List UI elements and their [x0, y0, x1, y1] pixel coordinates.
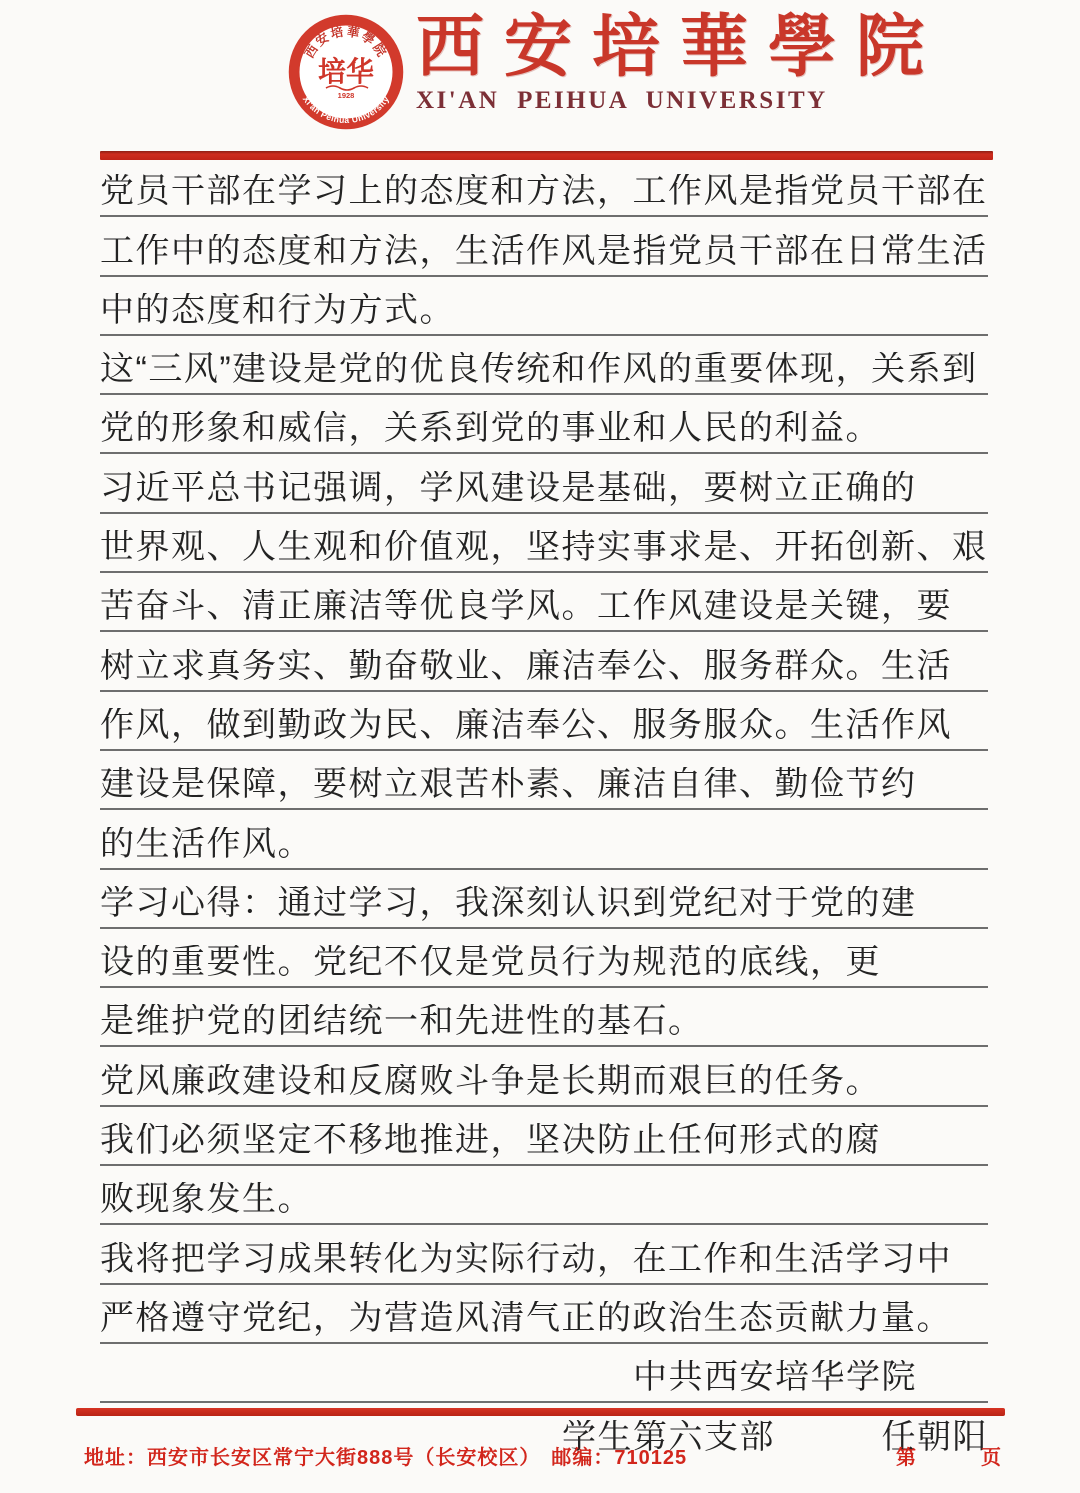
- university-title-english: XI'AN PEIHUA UNIVERSITY: [416, 87, 828, 115]
- handwritten-line: 设的重要性。党纪不仅是党员行为规范的底线，更: [100, 929, 988, 988]
- handwritten-line: 党的形象和威信，关系到党的事业和人民的利益。: [100, 395, 988, 454]
- handwritten-line: 我们必须坚定不移地推进，坚决防止任何形式的腐: [100, 1107, 988, 1166]
- svg-text:培华: 培华: [318, 55, 374, 88]
- handwritten-line: 党风廉政建设和反腐败斗争是长期而艰巨的任务。: [100, 1047, 988, 1106]
- footer-page-number: 第 页: [896, 1441, 1002, 1470]
- handwritten-text: 这“三风”建设是党的优良传统和作风的重要体现，关系到: [100, 352, 988, 393]
- handwritten-line: 学习心得：通过学习，我深刻认识到党纪对于党的建: [100, 870, 988, 929]
- university-titles: 西安培華學院 XI'AN PEIHUA UNIVERSITY: [416, 12, 944, 115]
- university-title-chinese: 西安培華學院: [416, 12, 944, 83]
- handwritten-text: 学习心得：通过学习，我深刻认识到党纪对于党的建: [100, 886, 988, 927]
- letterhead-header: 西安培華學院 Xi'an Peihua University 培华 1928 西…: [286, 12, 1020, 142]
- handwritten-text: 工作中的态度和方法，生活作风是指党员干部在日常生活: [100, 234, 988, 275]
- handwritten-text: 苦奋斗、清正廉洁等优良学风。工作风建设是关键，要: [100, 589, 988, 630]
- letterhead-page: 西安培華學院 Xi'an Peihua University 培华 1928 西…: [0, 0, 1080, 1493]
- handwritten-line: 工作中的态度和方法，生活作风是指党员干部在日常生活: [100, 217, 988, 276]
- handwritten-line: 严格遵守党纪，为营造风清气正的政治生态贡献力量。: [100, 1285, 988, 1344]
- handwritten-line: 习近平总书记强调，学风建设是基础，要树立正确的: [100, 454, 988, 513]
- handwritten-line: 我将把学习成果转化为实际行动，在工作和生活学习中: [100, 1225, 988, 1284]
- handwritten-line: 的生活作风。: [100, 810, 988, 869]
- handwritten-line: 作风，做到勤政为民、廉洁奉公、服务服众。生活作风: [100, 692, 988, 751]
- handwritten-line: 苦奋斗、清正廉洁等优良学风。工作风建设是关键，要: [100, 573, 988, 632]
- university-seal-icon: 西安培華學院 Xi'an Peihua University 培华 1928: [286, 12, 406, 132]
- handwritten-line: 是维护党的团结统一和先进性的基石。: [100, 988, 988, 1047]
- handwritten-line: 中的态度和行为方式。: [100, 277, 988, 336]
- handwritten-text: 习近平总书记强调，学风建设是基础，要树立正确的: [100, 471, 988, 512]
- handwritten-text: 树立求真务实、勤奋敬业、廉洁奉公、服务群众。生活: [100, 649, 988, 690]
- page-number-suffix: 页: [981, 1441, 1002, 1470]
- svg-text:1928: 1928: [338, 91, 355, 100]
- handwritten-text: 中的态度和行为方式。: [100, 293, 988, 334]
- handwritten-line: 世界观、人生观和价值观，坚持实事求是、开拓创新、艰: [100, 514, 988, 573]
- handwritten-text: 我们必须坚定不移地推进，坚决防止任何形式的腐: [100, 1123, 988, 1164]
- handwritten-text: 严格遵守党纪，为营造风清气正的政治生态贡献力量。: [100, 1301, 988, 1342]
- handwritten-line: 中共西安培华学院: [100, 1344, 988, 1403]
- handwritten-line: 败现象发生。: [100, 1166, 988, 1225]
- footer-address: 地址：西安市长安区常宁大街888号（长安校区） 邮编：710125: [84, 1441, 687, 1470]
- handwritten-text: 是维护党的团结统一和先进性的基石。: [100, 1004, 988, 1045]
- handwritten-text: 作风，做到勤政为民、廉洁奉公、服务服众。生活作风: [100, 708, 988, 749]
- page-footer: 地址：西安市长安区常宁大街888号（长安校区） 邮编：710125 第 页: [84, 1441, 1002, 1470]
- footer-divider-line: [76, 1408, 1005, 1416]
- handwritten-text: 败现象发生。: [100, 1182, 988, 1223]
- handwritten-text: 世界观、人生观和价值观，坚持实事求是、开拓创新、艰: [100, 530, 988, 571]
- handwritten-line: 树立求真务实、勤奋敬业、廉洁奉公、服务群众。生活: [100, 632, 988, 691]
- handwritten-line: 建设是保障，要树立艰苦朴素、廉洁自律、勤俭节约: [100, 751, 988, 810]
- handwritten-text: 党的形象和威信，关系到党的事业和人民的利益。: [100, 411, 988, 452]
- handwritten-text: 中共西安培华学院: [100, 1360, 988, 1401]
- handwritten-text: 党风廉政建设和反腐败斗争是长期而艰巨的任务。: [100, 1064, 988, 1105]
- handwritten-text: 的生活作风。: [100, 827, 988, 868]
- handwritten-text: 党员干部在学习上的态度和方法，工作风是指党员干部在: [100, 174, 988, 215]
- handwritten-text: 设的重要性。党纪不仅是党员行为规范的底线，更: [100, 945, 988, 986]
- page-number-prefix: 第: [896, 1441, 917, 1470]
- handwritten-body: 党员干部在学习上的态度和方法，工作风是指党员干部在工作中的态度和方法，生活作风是…: [100, 158, 988, 1461]
- handwritten-text: 建设是保障，要树立艰苦朴素、廉洁自律、勤俭节约: [100, 767, 988, 808]
- handwritten-line: 这“三风”建设是党的优良传统和作风的重要体现，关系到: [100, 336, 988, 395]
- handwritten-text: 我将把学习成果转化为实际行动，在工作和生活学习中: [100, 1242, 988, 1283]
- handwritten-line: 党员干部在学习上的态度和方法，工作风是指党员干部在: [100, 158, 988, 217]
